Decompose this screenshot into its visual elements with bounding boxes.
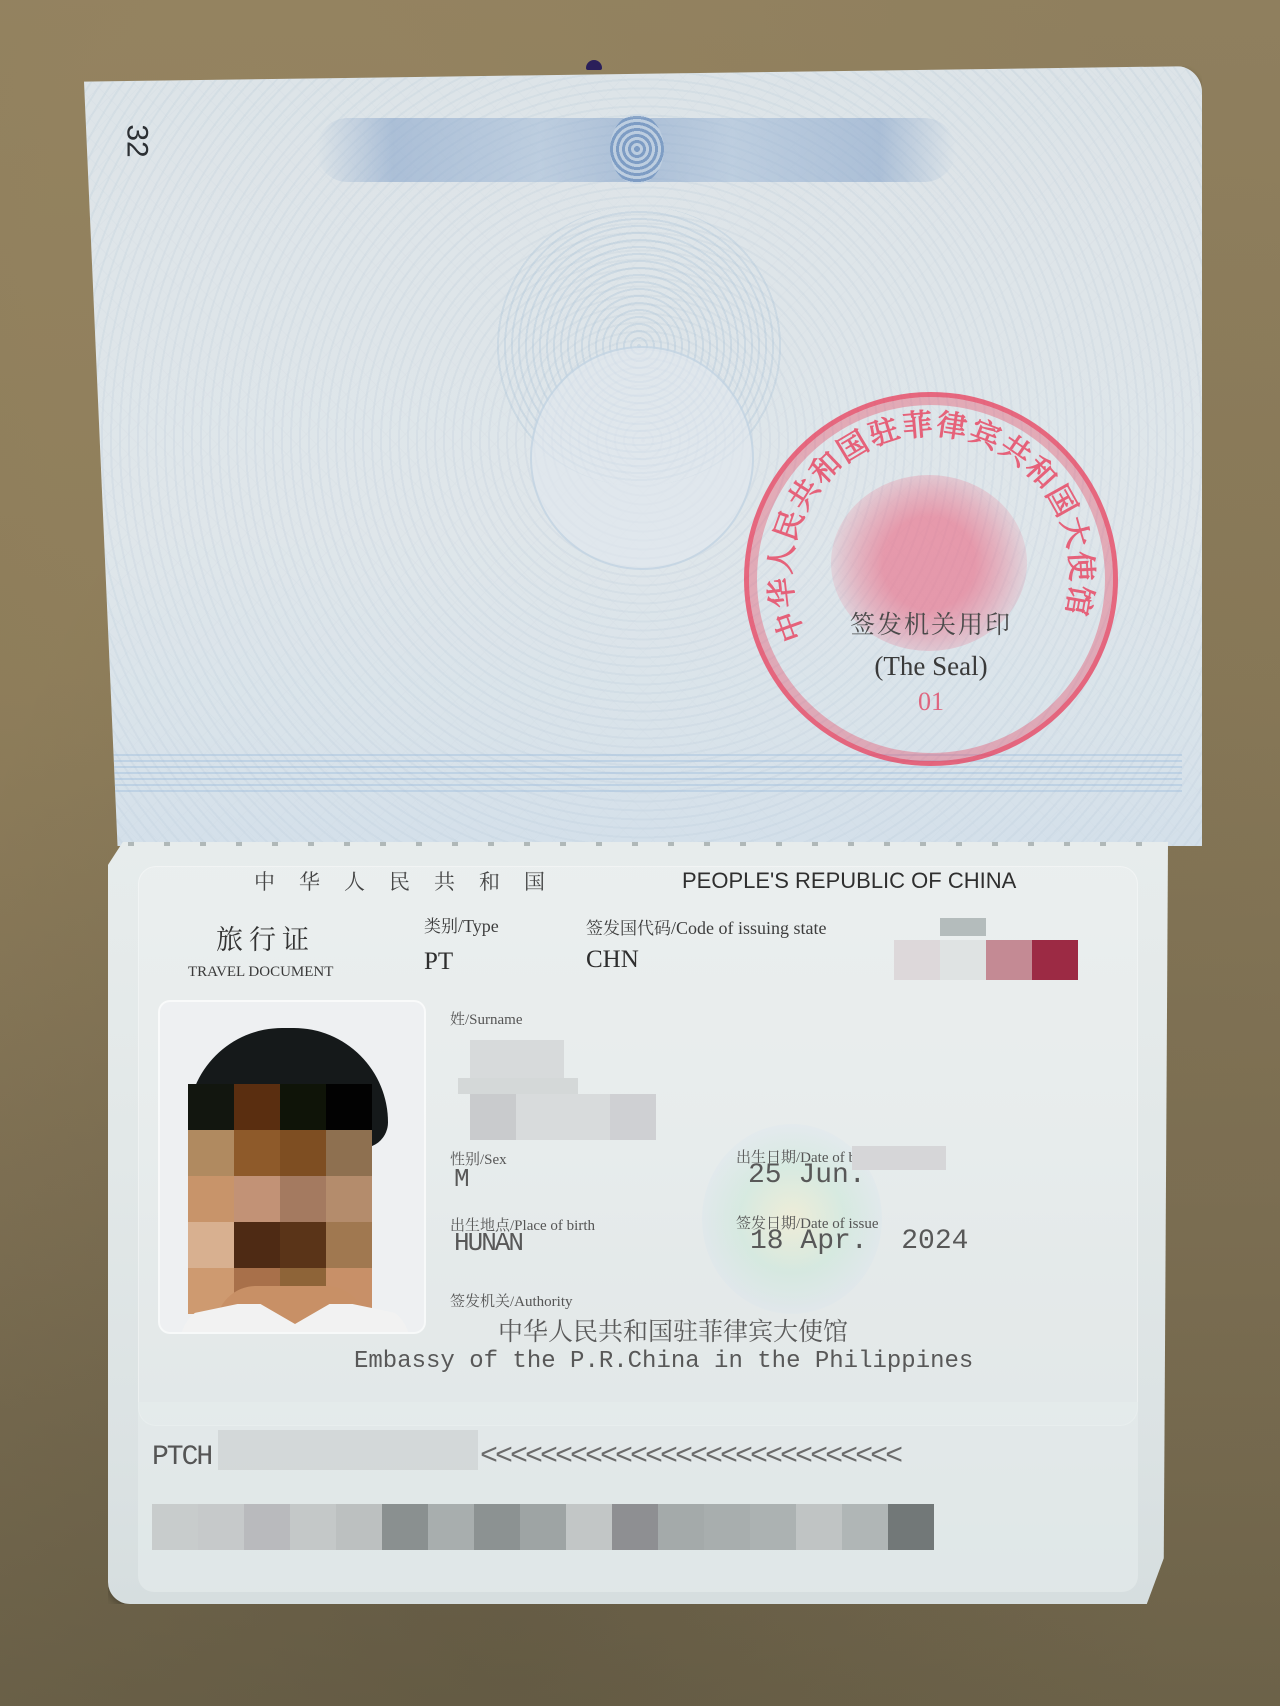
number-redacted-block [986,940,1032,980]
number-redacted-block [1032,940,1078,980]
mrz-line1-redacted [218,1430,478,1470]
place-of-birth-value: HUNAN [454,1228,522,1258]
authority-value-english: Embassy of the P.R.China in the Philippi… [354,1348,973,1375]
seal-code: 01 [749,687,1113,717]
issuing-state-label-cn: 签发国代码 [586,919,671,939]
surname-label-cn: 姓 [450,1010,465,1028]
pen-mark [586,60,602,70]
header-country-chinese: 中华人民共和国 [254,866,569,896]
photo-pixelated-face [188,1084,372,1314]
issuing-state-label-en: /Code of issuing state [671,918,827,938]
given-names-redacted [470,1094,516,1140]
header-country-english: PEOPLE'S REPUBLIC OF CHINA [682,868,1016,894]
document-type-english: TRAVEL DOCUMENT [188,964,333,981]
issuing-state-label: 签发国代码/Code of issuing state [586,914,827,939]
date-of-issue-value: 18 Apr. 2024 [750,1226,968,1257]
authority-label-cn: 签发机关 [450,1292,510,1310]
seal-label-english: (The Seal) [749,651,1113,682]
holder-photo [160,1002,424,1332]
rosette-inner-watermark [530,346,754,570]
sex-label-en: /Sex [480,1152,507,1168]
sex-value: M [454,1164,470,1194]
issuing-state-value: CHN [586,946,639,974]
passport-data-page: 中华人民共和国 PEOPLE'S REPUBLIC OF CHINA 旅行证 T… [108,842,1168,1604]
type-label: 类别/Type [424,912,499,937]
type-label-en: /Type [458,916,499,936]
surname-label: 姓/Surname [450,1008,523,1029]
surname-label-en: /Surname [465,1012,523,1028]
given-names-redacted [610,1094,656,1140]
type-value: PT [424,948,453,976]
perforated-edge [128,842,1148,850]
authority-value-chinese: 中华人民共和国驻菲律宾大使馆 [498,1312,848,1348]
number-redacted-block [940,940,986,980]
mrz-line2-redacted [152,1504,934,1550]
upper-passport-page: 32 中华人民共和国驻菲律宾共和国大使馆 签发机关用印 (The Seal) 0… [84,66,1202,846]
authority-label: 签发机关/Authority [450,1290,573,1311]
given-names-redacted [516,1094,610,1140]
number-label-redacted [940,918,986,936]
page-number: 32 [120,124,154,157]
seal-label-chinese: 签发机关用印 [749,605,1113,641]
mrz-line1-fill: <<<<<<<<<<<<<<<<<<<<<<<<<<<< [480,1440,900,1474]
dob-year-redacted [852,1146,946,1170]
document-type-chinese: 旅行证 [216,918,315,957]
authority-label-en: /Authority [510,1294,573,1310]
type-label-cn: 类别 [424,917,458,937]
pob-label-en: /Place of birth [510,1218,595,1234]
number-redacted-block [894,940,940,980]
ornament-medallion-icon [610,114,664,184]
date-of-birth-value: 25 Jun. [748,1160,866,1191]
given-names-label-redacted [458,1078,578,1094]
mrz-line1-prefix: PTCH [152,1442,211,1473]
embassy-seal: 中华人民共和国驻菲律宾共和国大使馆 签发机关用印 (The Seal) 01 [744,392,1118,766]
